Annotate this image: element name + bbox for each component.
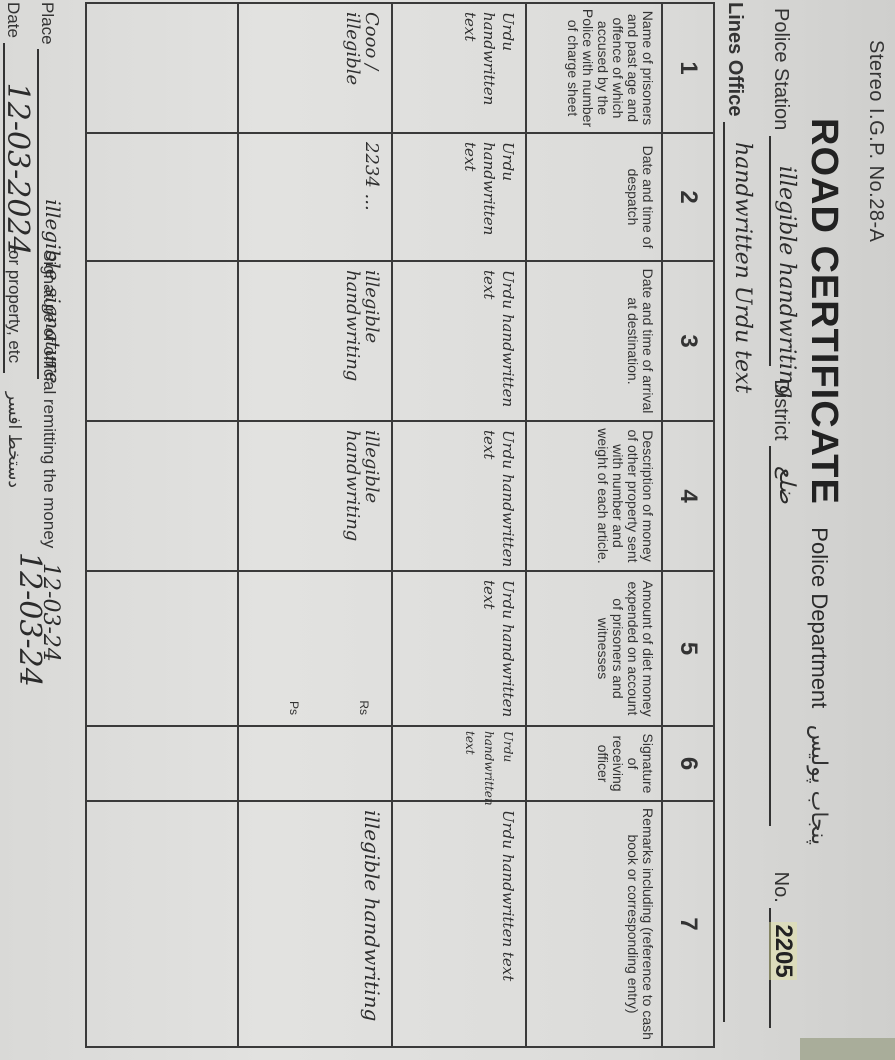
date-field: 12-03-2024 <box>3 43 23 373</box>
column-number: 2 <box>662 133 714 261</box>
table-cell <box>86 571 238 726</box>
date-label: Date <box>4 2 23 38</box>
number-field: 2205 <box>769 908 793 1028</box>
handwritten-entry: Urdu handwritten text <box>460 12 517 132</box>
document-title: ROAD CERTIFICATE <box>803 118 845 505</box>
handwritten-entry: Cooo / illegible <box>343 12 381 132</box>
column-header: Remarks including (reference to cash boo… <box>526 801 662 1047</box>
bottom-date: 12-03-24 <box>12 552 47 687</box>
handwritten-entry: illegible handwriting <box>343 270 381 420</box>
table-cell: Urdu handwritten text <box>392 261 526 421</box>
column-number-row: 1 2 3 4 5 6 7 <box>662 3 714 1047</box>
column-header: Amount of diet money expended on account… <box>526 571 662 726</box>
place-row: Place illegible signature <box>37 2 57 379</box>
lines-office-row: Lines Office handwritten Urdu text <box>723 2 747 1022</box>
table-cell: Urdu handwritten text <box>392 571 526 726</box>
lines-office-label: Lines Office <box>724 2 746 116</box>
handwritten-entry: Urdu handwritten text <box>479 270 517 420</box>
table-cell <box>86 3 238 133</box>
column-number: 1 <box>662 3 714 133</box>
table-cell: Urdu handwritten text <box>392 421 526 571</box>
table-cell: illegible handwriting <box>238 421 392 571</box>
rupees-label: Rs <box>357 700 371 715</box>
table-cell <box>86 801 238 1047</box>
handwritten-entry: Urdu handwritten text <box>460 142 517 260</box>
handwritten-entry: illegible handwriting <box>343 430 381 570</box>
table-cell: Urdu handwritten text <box>392 726 526 801</box>
lines-office-value: handwritten Urdu text <box>730 142 755 393</box>
table-cell <box>86 133 238 261</box>
place-field: illegible signature <box>37 49 57 379</box>
column-header-row: Name of prisoners and past age and offen… <box>526 3 662 1047</box>
police-station-label: Police Station <box>770 8 792 130</box>
date-value: 12-03-2024 <box>0 83 35 256</box>
certificate-number: 2205 <box>769 922 797 979</box>
column-number: 5 <box>662 571 714 726</box>
table-cell <box>86 421 238 571</box>
table-row: Urdu handwritten text Urdu handwritten t… <box>392 3 526 1047</box>
place-label: Place <box>38 2 57 45</box>
table-cell: Urdu handwritten text <box>392 801 526 1047</box>
column-number: 6 <box>662 726 714 801</box>
scan-edge <box>800 1038 895 1060</box>
table-cell <box>86 261 238 421</box>
column-header: Description of money of other property s… <box>526 421 662 571</box>
table-row-empty <box>86 3 238 1047</box>
handwritten-entry: illegible handwriting <box>362 810 381 1021</box>
column-header: Name of prisoners and past age and offen… <box>526 3 662 133</box>
amount-cell: Rs Ps <box>238 571 392 726</box>
department-urdu: پنجاب پولیس <box>806 725 831 845</box>
road-certificate-table: 1 2 3 4 5 6 7 Name of prisoners and past… <box>85 2 715 1048</box>
number-label: No. <box>770 872 792 903</box>
table-cell: Cooo / illegible <box>238 3 392 133</box>
handwritten-entry: Urdu handwritten text <box>479 430 517 570</box>
column-header: Signature of receiving officer <box>526 726 662 801</box>
table-cell: Urdu handwritten text <box>392 3 526 133</box>
signature-label-urdu: دستخط افسر <box>5 392 24 488</box>
handwritten-entry: Urdu handwritten text <box>498 810 517 981</box>
road-certificate-page: Stereo I.G.P. No.28-A ROAD CERTIFICATE P… <box>0 0 895 1060</box>
column-header: Date and time of despatch <box>526 133 662 261</box>
district-value: ضلع <box>774 466 799 504</box>
column-number: 4 <box>662 421 714 571</box>
table-cell: 2234 ... <box>238 133 392 261</box>
column-header: Date and time of arrival at destination. <box>526 261 662 421</box>
table-cell <box>238 726 392 801</box>
column-number: 7 <box>662 801 714 1047</box>
handwritten-entry: Urdu handwritten text <box>479 580 517 725</box>
district-field: ضلع <box>769 446 793 826</box>
station-district-row: Police Station illegible handwriting Dis… <box>769 8 793 1028</box>
column-number: 3 <box>662 261 714 421</box>
handwritten-entry: 2234 ... <box>362 142 381 211</box>
table-cell: illegible handwriting <box>238 801 392 1047</box>
table-row: Cooo / illegible 2234 ... illegible hand… <box>238 3 392 1047</box>
table-cell: Urdu handwritten text <box>392 133 526 261</box>
police-station-field: illegible handwriting <box>769 136 793 366</box>
place-value: illegible signature <box>41 199 65 383</box>
table-cell <box>86 726 238 801</box>
date-row: Date 12-03-2024 <box>3 2 23 373</box>
police-station-value: illegible handwriting <box>774 166 799 398</box>
handwritten-entry: Urdu handwritten text <box>460 731 517 806</box>
department-label: Police Department <box>807 527 832 708</box>
title-row: ROAD CERTIFICATE Police Department پنجاب… <box>802 118 845 845</box>
paise-label: Ps <box>287 701 301 715</box>
lines-office-field: handwritten Urdu text <box>723 122 747 1022</box>
table-cell: illegible handwriting <box>238 261 392 421</box>
form-code: Stereo I.G.P. No.28-A <box>864 40 887 242</box>
